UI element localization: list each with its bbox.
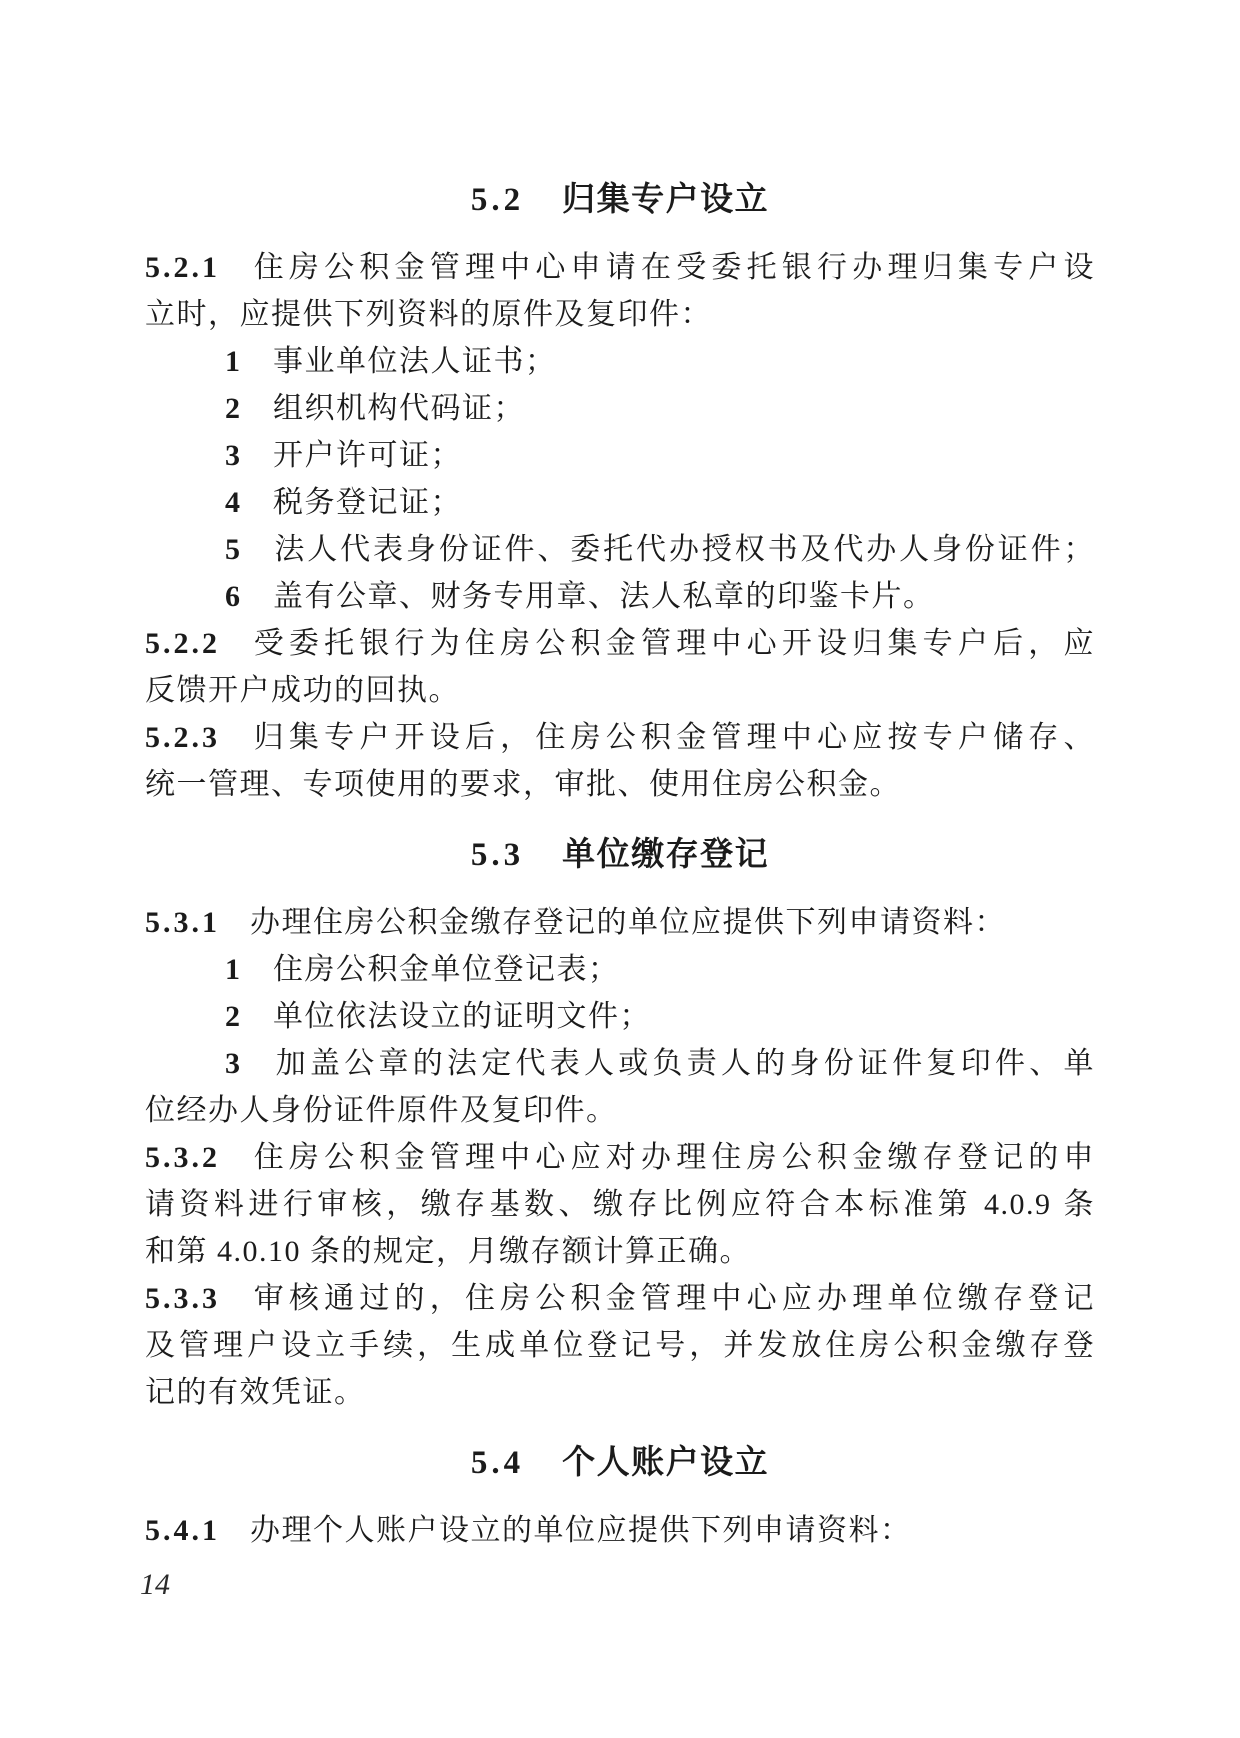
heading-number: 5.2 (471, 182, 524, 218)
item-text: 税务登记证； (273, 486, 462, 519)
clause-text: 统一管理、专项使用的要求，审批、使用住房公积金。 (145, 768, 901, 801)
heading-5-3: 5.3单位缴存登记 (145, 832, 1095, 879)
clause-text: 受委托银行为住房公积金管理中心开设归集专户后，应 (250, 627, 1095, 660)
clause-5-3-2-line-2: 请资料进行审核，缴存基数、缴存比例应符合本标准第 4.0.9 条 (145, 1181, 1095, 1228)
item-text: 事业单位法人证书； (273, 345, 557, 378)
list-item-5-2-1-6: 6盖有公章、财务专用章、法人私章的印鉴卡片。 (145, 573, 1095, 620)
item-number: 1 (225, 953, 243, 986)
clause-5-2-3-line-2: 统一管理、专项使用的要求，审批、使用住房公积金。 (145, 761, 1095, 808)
heading-5-2: 5.2归集专户设立 (145, 177, 1095, 224)
clause-number: 5.3.2 (145, 1141, 220, 1174)
item-number: 5 (225, 533, 243, 566)
heading-5-4: 5.4个人账户设立 (145, 1440, 1095, 1487)
clause-5-3-1-line-1: 5.3.1办理住房公积金缴存登记的单位应提供下列申请资料： (145, 899, 1095, 946)
clause-5-3-2-line-1: 5.3.2住房公积金管理中心应对办理住房公积金缴存登记的申 (145, 1134, 1095, 1181)
list-item-5-2-1-2: 2组织机构代码证； (145, 385, 1095, 432)
clause-text: 记的有效凭证。 (145, 1376, 366, 1409)
clause-text: 归集专户开设后，住房公积金管理中心应按专户储存、 (250, 721, 1095, 754)
heading-number: 5.3 (471, 837, 524, 873)
clause-5-3-3-line-1: 5.3.3审核通过的，住房公积金管理中心应办理单位缴存登记 (145, 1275, 1095, 1322)
list-item-5-2-1-5: 5法人代表身份证件、委托代办授权书及代办人身份证件； (145, 526, 1095, 573)
clause-5-3-2-line-3: 和第 4.0.10 条的规定，月缴存额计算正确。 (145, 1228, 1095, 1275)
list-item-5-2-1-3: 3开户许可证； (145, 432, 1095, 479)
item-text: 单位依法设立的证明文件； (273, 1000, 651, 1033)
clause-number: 5.3.3 (145, 1282, 220, 1315)
clause-5-2-2-line-2: 反馈开户成功的回执。 (145, 667, 1095, 714)
clause-text: 审核通过的，住房公积金管理中心应办理单位缴存登记 (250, 1282, 1095, 1315)
clause-text: 办理住房公积金缴存登记的单位应提供下列申请资料： (250, 906, 1006, 939)
document-page: 5.2归集专户设立 5.2.1住房公积金管理中心申请在受委托银行办理归集专户设 … (0, 0, 1240, 1738)
item-number: 4 (225, 486, 243, 519)
list-item-5-3-1-3-line-2: 位经办人身份证件原件及复印件。 (145, 1087, 1095, 1134)
item-text: 住房公积金单位登记表； (273, 953, 620, 986)
heading-title: 归集专户设立 (562, 182, 769, 218)
clause-number: 5.2.1 (145, 251, 220, 284)
item-text: 位经办人身份证件原件及复印件。 (145, 1094, 618, 1127)
clause-text: 住房公积金管理中心申请在受委托银行办理归集专户设 (250, 251, 1095, 284)
item-number: 2 (225, 1000, 243, 1033)
list-item-5-2-1-1: 1事业单位法人证书； (145, 338, 1095, 385)
page-number: 14 (140, 1565, 1095, 1605)
clause-number: 5.4.1 (145, 1514, 220, 1547)
item-number: 3 (225, 1047, 243, 1080)
item-text: 加盖公章的法定代表人或负责人的身份证件复印件、单 (273, 1047, 1095, 1080)
clause-text: 及管理户设立手续，生成单位登记号，并发放住房公积金缴存登 (145, 1329, 1095, 1362)
list-item-5-3-1-2: 2单位依法设立的证明文件； (145, 993, 1095, 1040)
item-text: 组织机构代码证； (273, 392, 525, 425)
item-number: 3 (225, 439, 243, 472)
clause-5-3-3-line-3: 记的有效凭证。 (145, 1369, 1095, 1416)
item-number: 1 (225, 345, 243, 378)
clause-5-2-3-line-1: 5.2.3归集专户开设后，住房公积金管理中心应按专户储存、 (145, 714, 1095, 761)
clause-number: 5.2.3 (145, 721, 220, 754)
list-item-5-2-1-4: 4税务登记证； (145, 479, 1095, 526)
clause-text: 住房公积金管理中心应对办理住房公积金缴存登记的申 (250, 1141, 1095, 1174)
clause-text: 办理个人账户设立的单位应提供下列申请资料： (250, 1514, 912, 1547)
heading-title: 个人账户设立 (562, 1445, 769, 1481)
page-content: 5.2归集专户设立 5.2.1住房公积金管理中心申请在受委托银行办理归集专户设 … (145, 177, 1095, 1605)
clause-5-2-1-line-1: 5.2.1住房公积金管理中心申请在受委托银行办理归集专户设 (145, 244, 1095, 291)
heading-title: 单位缴存登记 (562, 837, 769, 873)
clause-5-3-3-line-2: 及管理户设立手续，生成单位登记号，并发放住房公积金缴存登 (145, 1322, 1095, 1369)
item-number: 6 (225, 580, 243, 613)
clause-number: 5.2.2 (145, 627, 220, 660)
list-item-5-3-1-1: 1住房公积金单位登记表； (145, 946, 1095, 993)
item-text: 盖有公章、财务专用章、法人私章的印鉴卡片。 (273, 580, 935, 613)
clause-5-2-1-line-2: 立时，应提供下列资料的原件及复印件： (145, 291, 1095, 338)
clause-text: 反馈开户成功的回执。 (145, 674, 460, 707)
item-number: 2 (225, 392, 243, 425)
clause-5-2-2-line-1: 5.2.2受委托银行为住房公积金管理中心开设归集专户后，应 (145, 620, 1095, 667)
clause-5-4-1-line-1: 5.4.1办理个人账户设立的单位应提供下列申请资料： (145, 1507, 1095, 1554)
clause-text: 请资料进行审核，缴存基数、缴存比例应符合本标准第 4.0.9 条 (145, 1188, 1095, 1221)
item-text: 法人代表身份证件、委托代办授权书及代办人身份证件； (273, 533, 1095, 566)
item-text: 开户许可证； (273, 439, 462, 472)
clause-number: 5.3.1 (145, 906, 220, 939)
clause-text: 立时，应提供下列资料的原件及复印件： (145, 298, 712, 331)
clause-text: 和第 4.0.10 条的规定，月缴存额计算正确。 (145, 1235, 751, 1268)
list-item-5-3-1-3-line-1: 3加盖公章的法定代表人或负责人的身份证件复印件、单 (145, 1040, 1095, 1087)
heading-number: 5.4 (471, 1445, 524, 1481)
